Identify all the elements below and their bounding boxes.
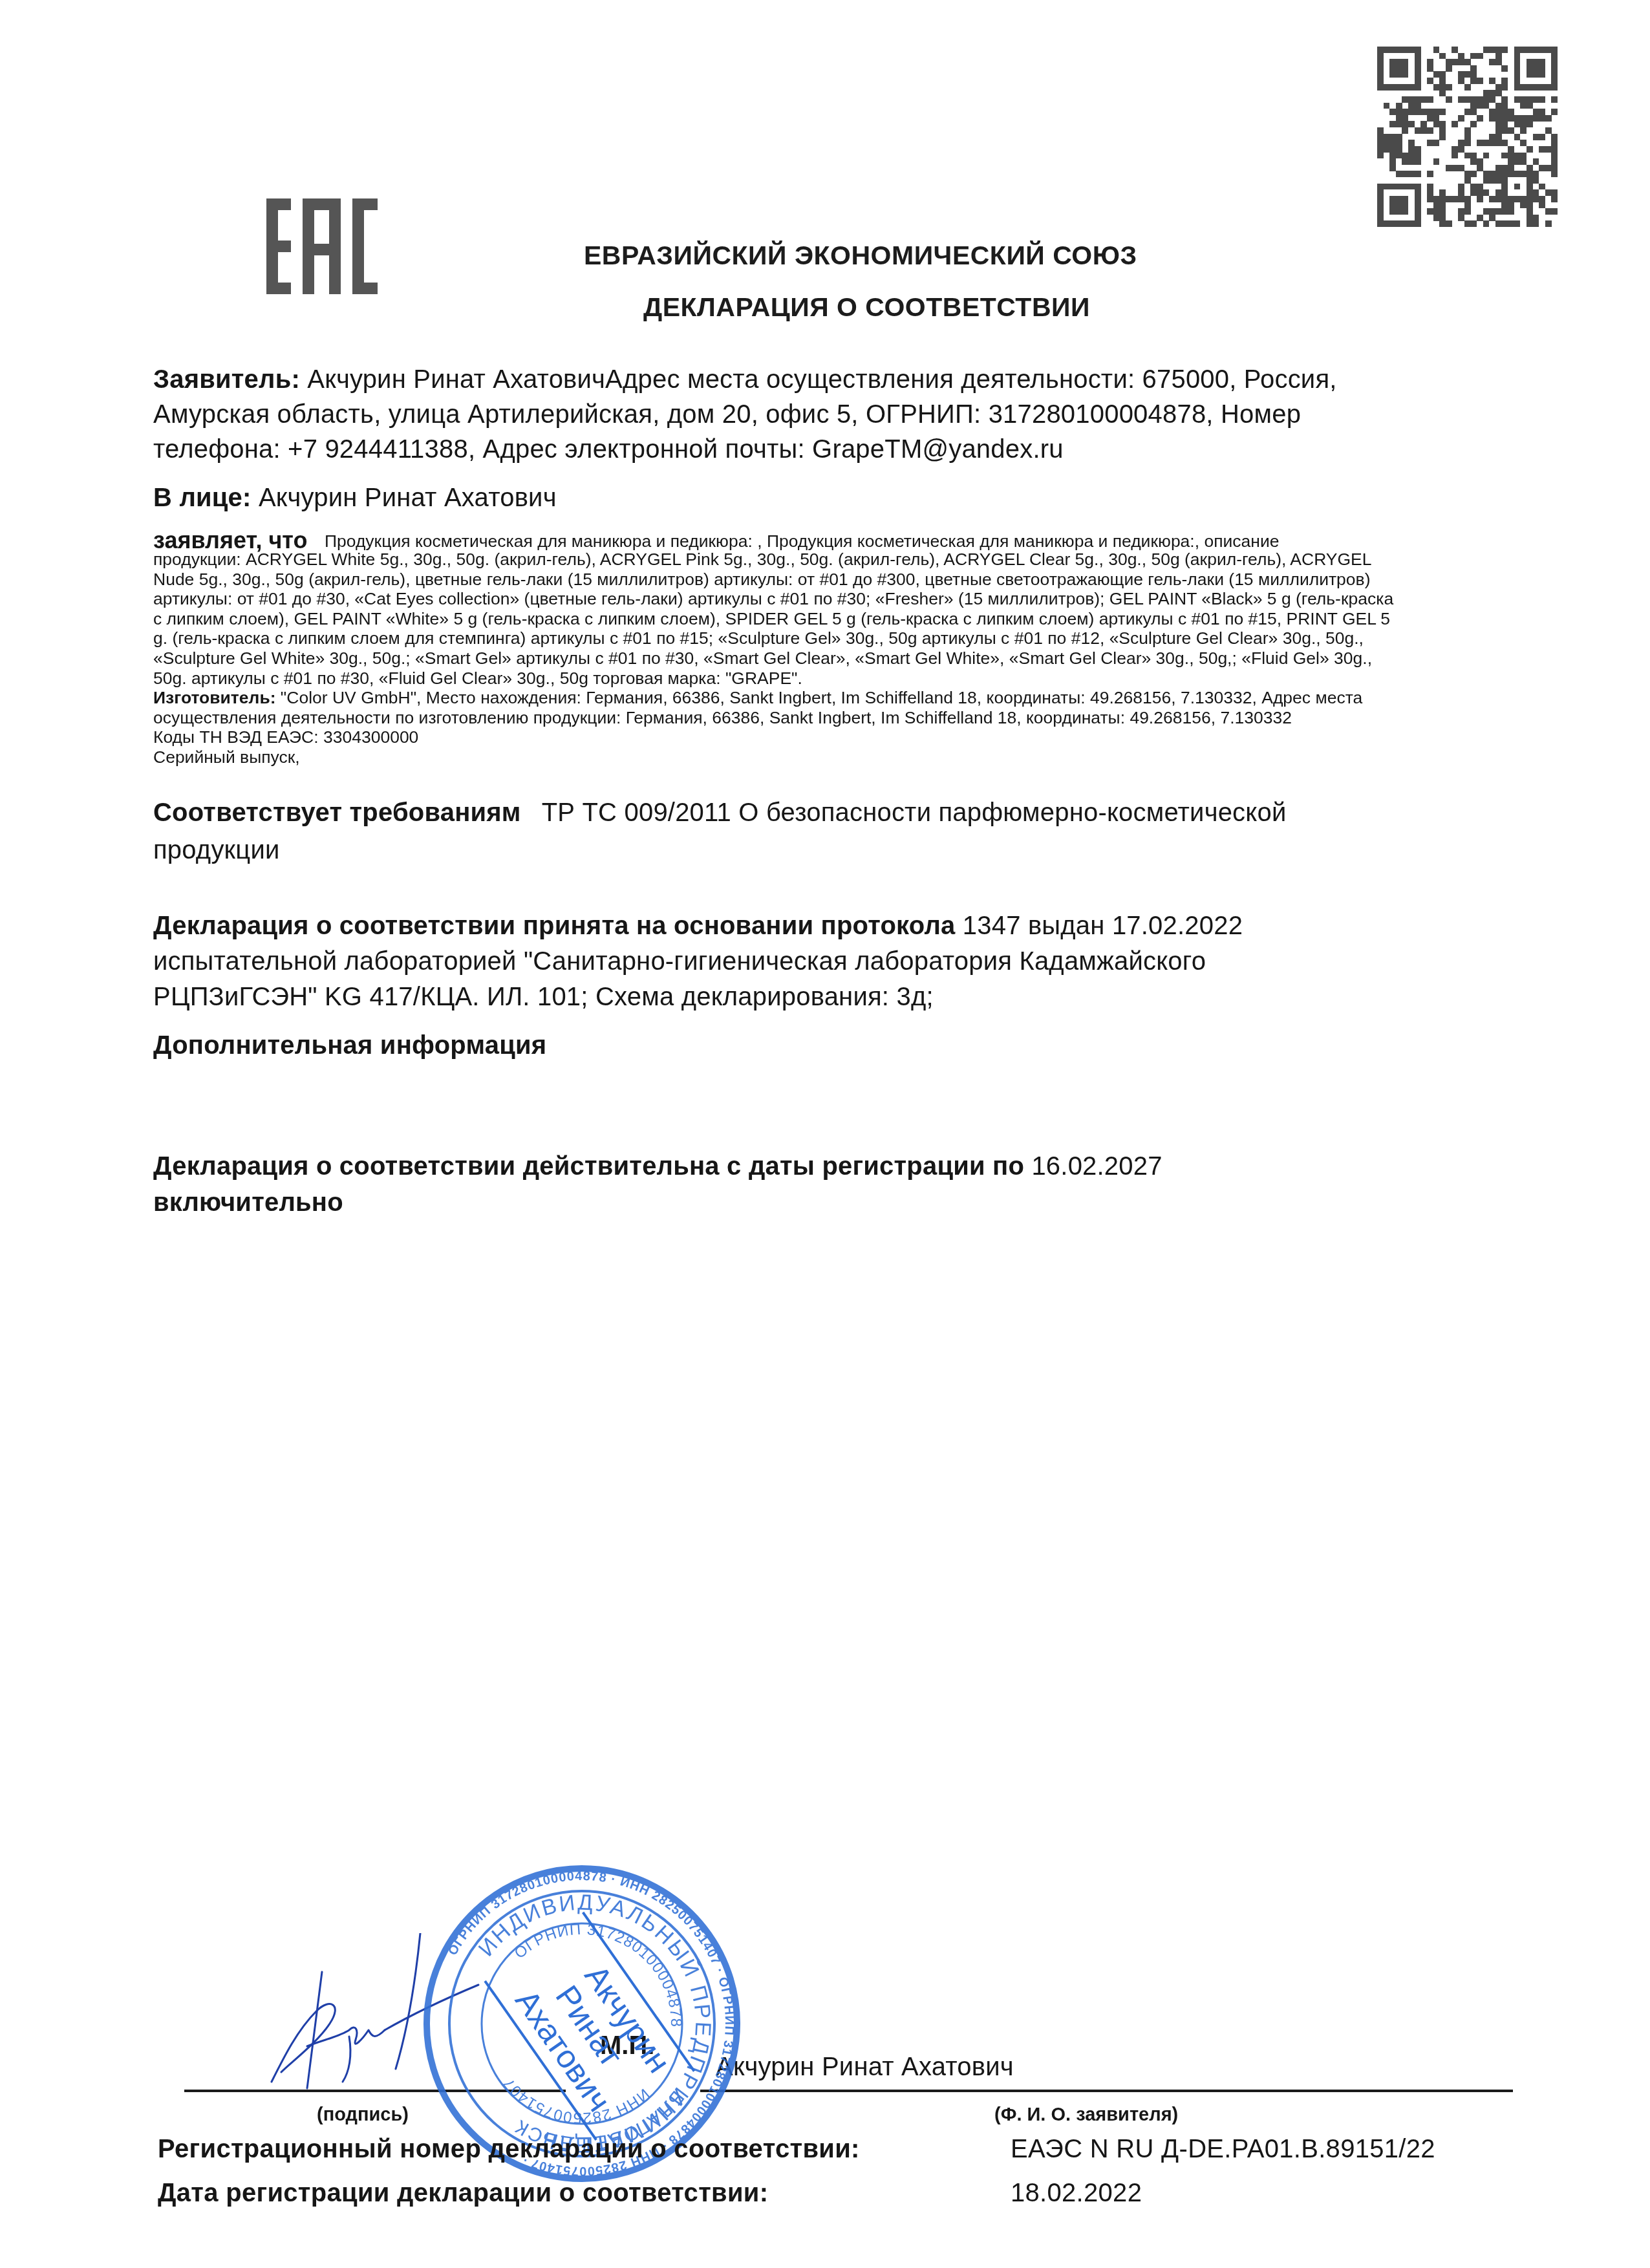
registration-date-value: 18.02.2022 xyxy=(1011,2179,1142,2208)
product-description-line: g. (гель-краска с липким слоем для стемп… xyxy=(153,628,1393,648)
manufacturer-text: "Color UV GmbH", Место нахождения: Герма… xyxy=(276,688,1363,707)
hs-codes: Коды ТН ВЭД ЕАЭС: 3304300000 xyxy=(153,727,1393,747)
basis-section: Декларация о соответствии принята на осн… xyxy=(153,908,1243,1015)
compliance-regulation: ТР ТС 009/2011 О безопасности парфюмерно… xyxy=(542,798,1287,827)
document-title: ДЕКЛАРАЦИЯ О СООТВЕТСТВИИ xyxy=(643,292,1090,323)
manufacturer-label: Изготовитель: xyxy=(153,688,276,707)
signature-caption: (подпись) xyxy=(317,2104,409,2126)
representative-label: В лице: xyxy=(153,484,252,512)
product-description-line: артикулы: от #01 до #30, «Cat Eyes colle… xyxy=(153,589,1393,609)
compliance-section: Соответствует требованиямТР ТС 009/2011 … xyxy=(153,794,1286,869)
basis-protocol: 1347 выдан 17.02.2022 xyxy=(956,912,1243,940)
applicant-label: Заявитель: xyxy=(153,365,300,394)
product-description-line: 50g. артикулы с #01 по #30, «Fluid Gel C… xyxy=(153,669,1393,689)
validity-date: 16.02.2027 xyxy=(1024,1152,1162,1181)
declares-first-line: Продукция косметическая для маникюра и п… xyxy=(325,531,1280,551)
compliance-label: Соответствует требованиям xyxy=(153,798,521,827)
applicant-text: Акчурин Ринат АхатовичАдрес места осущес… xyxy=(300,365,1337,394)
compliance-regulation-cont: продукции xyxy=(153,831,1286,869)
manufacturer-line-2: осуществления деятельности по изготовлен… xyxy=(153,708,1393,728)
additional-info-label: Дополнительная информация xyxy=(153,1028,546,1063)
basis-line-2: испытательной лабораторией "Санитарно-ги… xyxy=(153,944,1243,979)
applicant-name: Акчурин Ринат Ахатович xyxy=(716,2049,1014,2084)
eac-logo-icon xyxy=(266,198,378,294)
basis-label: Декларация о соответствии принята на осн… xyxy=(153,912,956,940)
applicant-line-2: Амурская область, улица Артилерийская, д… xyxy=(153,397,1337,432)
qr-code-icon xyxy=(1377,47,1558,227)
registration-number-label: Регистрационный номер декларации о соотв… xyxy=(158,2135,860,2164)
name-line xyxy=(700,2090,1513,2092)
validity-label: Декларация о соответствии действительна … xyxy=(153,1152,1024,1181)
union-title: ЕВРАЗИЙСКИЙ ЭКОНОМИЧЕСКИЙ СОЮЗ xyxy=(584,241,1137,271)
validity-suffix: включительно xyxy=(153,1184,1162,1221)
applicant-line-3: телефона: +7 9244411388, Адрес электронн… xyxy=(153,432,1337,467)
production-type: Серийный выпуск, xyxy=(153,747,1393,767)
declares-section: заявляет, что Продукция косметическая дл… xyxy=(153,529,1393,767)
representative-line: В лице: Акчурин Ринат Ахатович xyxy=(153,480,557,515)
product-description-line: продукции: ACRYGEL White 5g., 30g., 50g.… xyxy=(153,550,1393,570)
basis-line-3: РЦПЗиГСЭН" KG 417/КЦА. ИЛ. 101; Схема де… xyxy=(153,979,1243,1015)
registration-date-label: Дата регистрации декларации о соответств… xyxy=(158,2179,768,2208)
applicant-line-1: Заявитель: Акчурин Ринат АхатовичАдрес м… xyxy=(153,362,1337,397)
product-description-line: с липким слоем), GEL PAINT «White» 5 g (… xyxy=(153,609,1393,629)
product-description-line: Nude 5g., 30g., 50g (акрил-гель), цветны… xyxy=(153,570,1393,590)
manufacturer-line-1: Изготовитель: "Color UV GmbH", Место нах… xyxy=(153,688,1393,708)
validity-section: Декларация о соответствии действительна … xyxy=(153,1148,1162,1221)
product-description: продукции: ACRYGEL White 5g., 30g., 50g.… xyxy=(153,550,1393,688)
registration-number-value: ЕАЭС N RU Д-DE.PA01.B.89151/22 xyxy=(1011,2135,1435,2164)
name-caption: (Ф. И. О. заявителя) xyxy=(994,2104,1178,2126)
product-description-line: «Sculpture Gel White» 30g., 50g.; «Smart… xyxy=(153,648,1393,669)
representative-value: Акчурин Ринат Ахатович xyxy=(252,484,557,512)
applicant-section: Заявитель: Акчурин Ринат АхатовичАдрес м… xyxy=(153,362,1337,467)
